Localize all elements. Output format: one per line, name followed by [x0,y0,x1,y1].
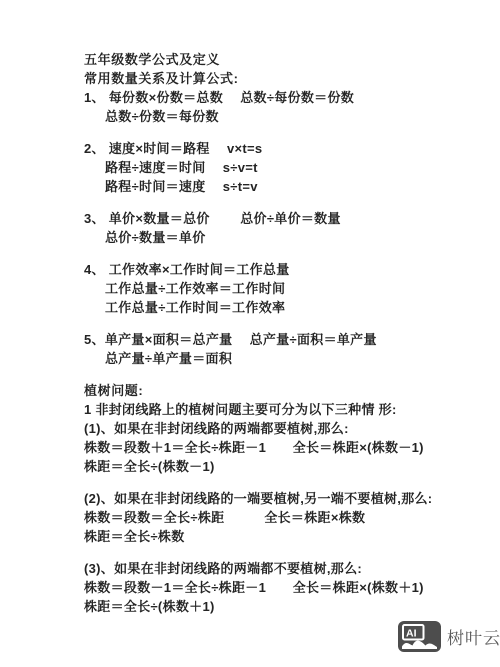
doc-heading: 五年级数学公式及定义 [84,50,490,69]
doc-line: 株距＝全长÷(株数－1) [84,457,490,476]
doc-heading: 植树问题: [84,381,490,400]
doc-line: 3、 单价×数量＝总价 总价÷单价＝数量 [84,209,490,228]
doc-line: 2、 速度×时间＝路程 v×t=s [84,139,490,158]
doc-line: 1 非封闭线路上的植树问题主要可分为以下三种情 形: [84,400,490,419]
doc-heading: 常用数量关系及计算公式: [84,69,490,88]
doc-line: 工作总量÷工作时间＝工作效率 [84,298,490,317]
doc-line: 路程÷时间＝速度 s÷t=v [84,177,490,196]
document-lines: 五年级数学公式及定义常用数量关系及计算公式:1、 每份数×份数＝总数 总数÷每份… [84,50,490,616]
doc-line: 路程÷速度＝时间 s÷v=t [84,158,490,177]
doc-line: (1)、如果在非封闭线路的两端都要植树,那么: [84,419,490,438]
doc-line: 株距＝全长÷(株数＋1) [84,597,490,616]
doc-line: 4、 工作效率×工作时间＝工作总量 [84,260,490,279]
doc-line: 株数＝段数－1＝全长÷株距－1 全长＝株距×(株数＋1) [84,578,490,597]
document-page: 五年级数学公式及定义常用数量关系及计算公式:1、 每份数×份数＝总数 总数÷每份… [0,0,500,667]
doc-line: 株数＝段数＝全长÷株距 全长＝株距×株数 [84,508,490,527]
watermark: AI 树叶云 [397,620,500,653]
doc-line: 株距＝全长÷株数 [84,527,490,546]
watermark-label: 树叶云 [447,624,500,649]
doc-line: 工作总量÷工作效率＝工作时间 [84,279,490,298]
ai-image-icon: AI [397,620,442,653]
doc-line: 总产量÷单产量＝面积 [84,349,490,368]
doc-line: 株数＝段数＋1＝全长÷株距－1 全长＝株距×(株数－1) [84,438,490,457]
doc-line: 总数÷份数＝每份数 [84,107,490,126]
doc-line: (3)、如果在非封闭线路的两端都不要植树,那么: [84,559,490,578]
doc-line: 5、单产量×面积＝总产量 总产量÷面积＝单产量 [84,330,490,349]
doc-line: 总价÷数量＝单价 [84,228,490,247]
watermark-ai-text: AI [406,628,417,640]
doc-line: 1、 每份数×份数＝总数 总数÷每份数＝份数 [84,88,490,107]
doc-line: (2)、如果在非封闭线路的一端要植树,另一端不要植树,那么: [84,489,490,508]
